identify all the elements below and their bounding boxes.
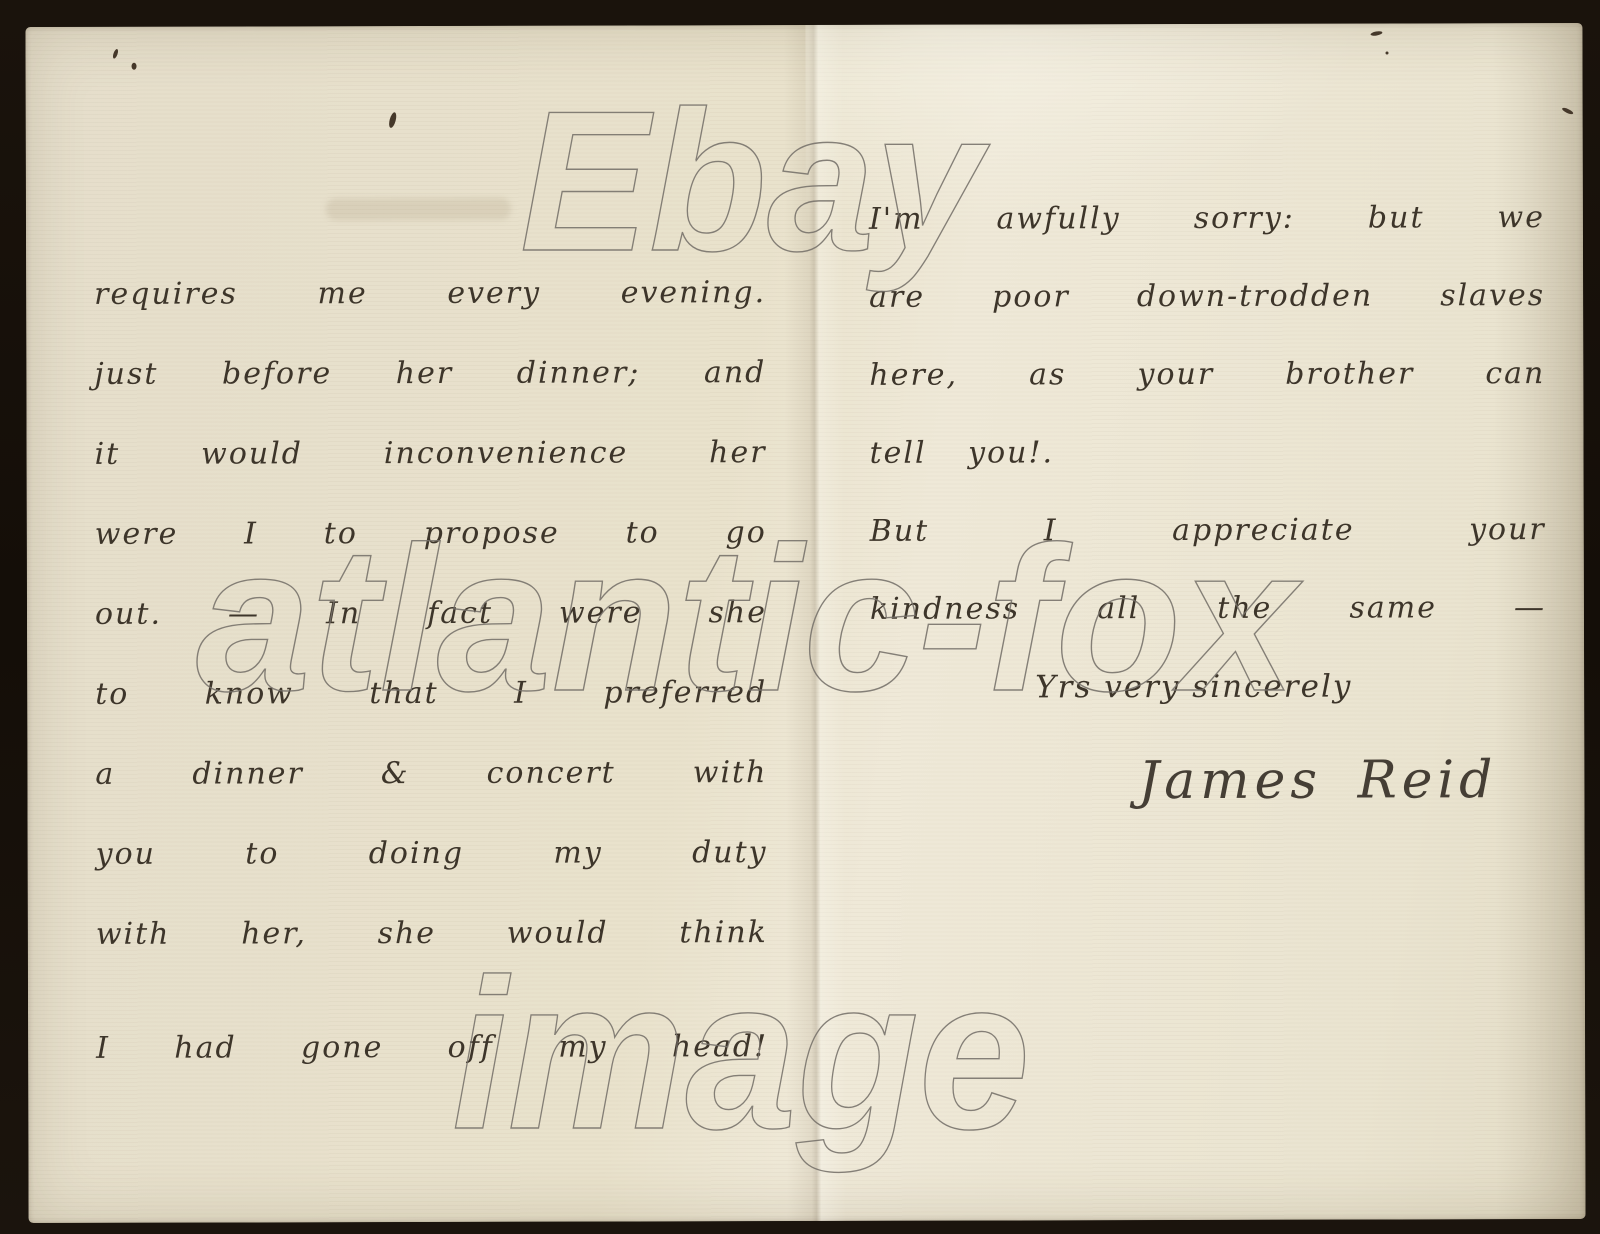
- signature: James Reid: [1138, 750, 1497, 811]
- handwritten-line: just before her dinner; and: [94, 333, 766, 415]
- handwritten-line: kindness all the same —: [870, 569, 1546, 649]
- right-page-text: I'm awfully sorry: but we are poor down-…: [869, 179, 1547, 837]
- handwritten-line: requires me every evening.: [94, 253, 766, 335]
- handwritten-line: you to doing my duty: [95, 813, 767, 895]
- handwritten-line: to know that I preferred: [95, 653, 767, 735]
- closing-line: Yrs very sincerely: [1035, 669, 1352, 706]
- embossed-letterhead-mark: [326, 198, 511, 220]
- ink-speck: [132, 63, 137, 70]
- handwritten-line: I had gone off my head!: [96, 1007, 768, 1089]
- handwritten-line: I'm awfully sorry: but we: [869, 179, 1545, 259]
- ink-speck: [388, 112, 398, 129]
- ink-speck: [1561, 107, 1574, 116]
- handwritten-line: But I appreciate your: [870, 491, 1546, 571]
- handwritten-line: were I to propose to go: [95, 493, 767, 575]
- handwritten-line: here, as your brother can: [869, 335, 1545, 415]
- center-fold-crease: [783, 25, 846, 1221]
- photo-background: requires me every evening. just before h…: [0, 0, 1600, 1234]
- handwritten-line: tell you!.: [869, 413, 1545, 493]
- letter-paper: requires me every evening. just before h…: [25, 23, 1585, 1223]
- handwritten-line: it would inconvenience her: [94, 413, 766, 495]
- handwritten-line: a dinner & concert with: [95, 733, 767, 815]
- ink-speck: [1370, 30, 1383, 36]
- handwritten-line: are poor down-trodden slaves: [869, 257, 1545, 337]
- left-page-text: requires me every evening. just before h…: [94, 253, 768, 1089]
- handwritten-line: with her, she would think: [96, 893, 768, 975]
- ink-speck: [1386, 51, 1389, 54]
- handwritten-line: out. — In fact were she: [95, 573, 767, 655]
- ink-speck: [112, 48, 119, 59]
